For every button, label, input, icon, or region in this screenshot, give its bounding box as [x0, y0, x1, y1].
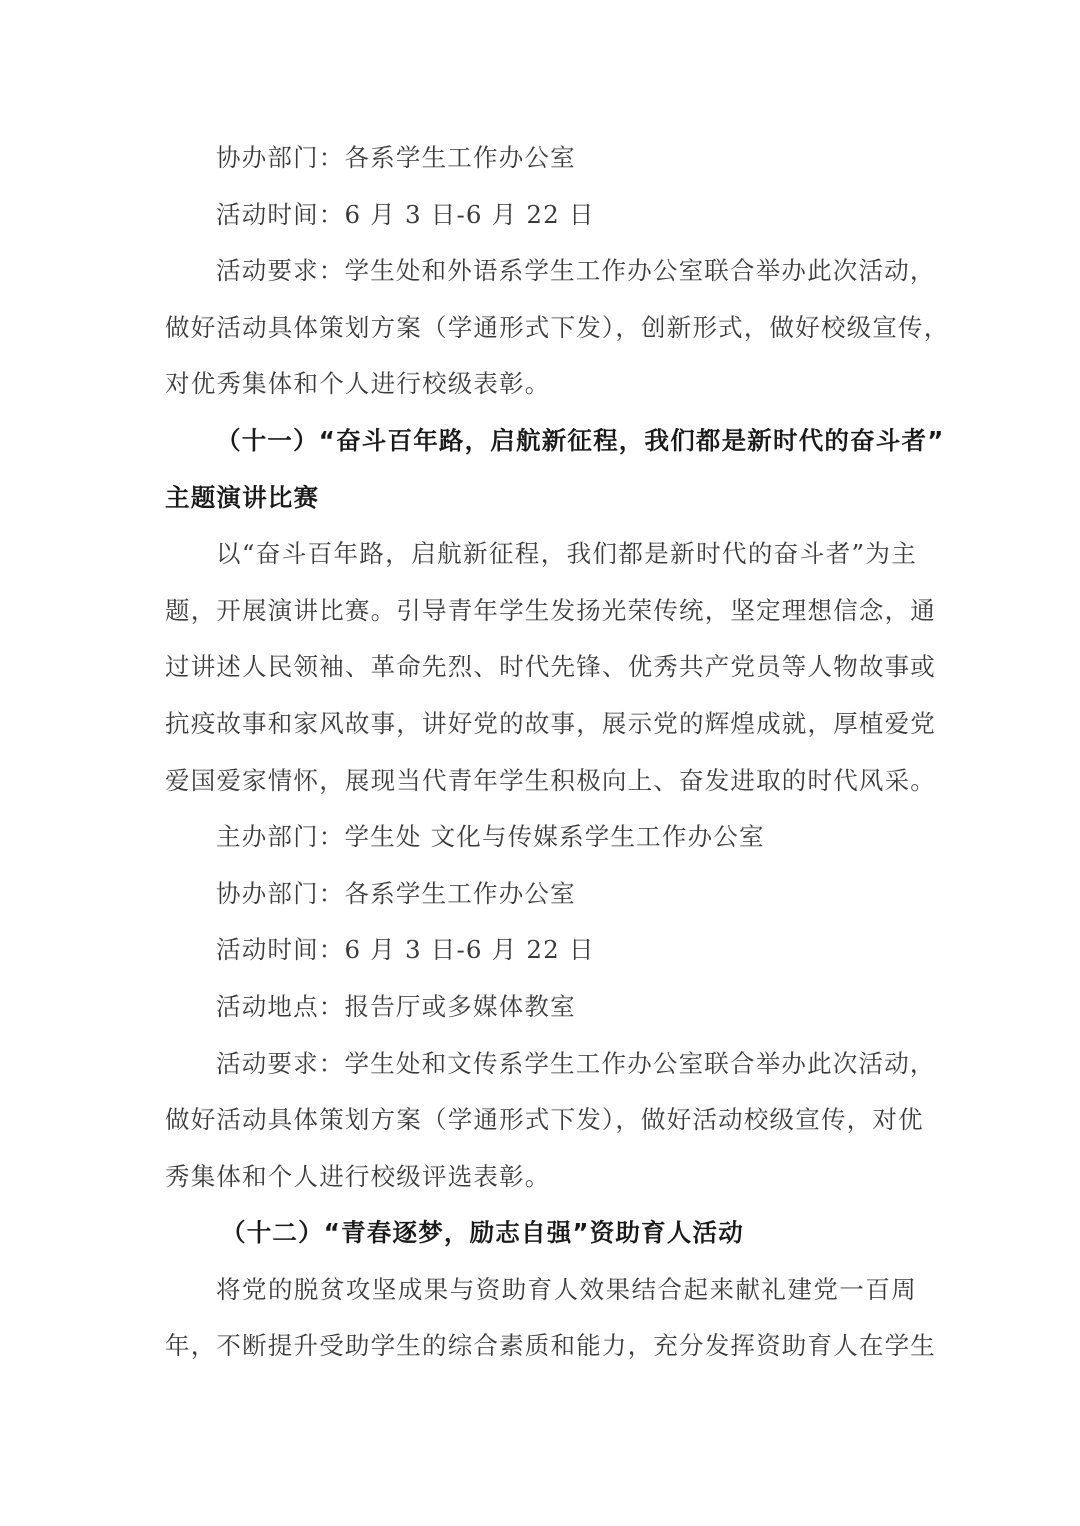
requirements-line: 做好活动具体策划方案（学通形式下发），做好活动校级宣传，对优	[165, 1092, 917, 1149]
co-organizer-line: 协办部门：各系学生工作办公室	[165, 130, 917, 187]
requirements-line: 活动要求：学生处和文传系学生工作办公室联合举办此次活动，	[165, 1036, 917, 1093]
co-organizer-line: 协办部门：各系学生工作办公室	[165, 866, 917, 923]
activity-location-line: 活动地点：报告厅或多媒体教室	[165, 979, 917, 1036]
requirements-line: 活动要求：学生处和外语系学生工作办公室联合举办此次活动，	[165, 243, 917, 300]
section-heading: （十二）“青春逐梦，励志自强”资助育人活动	[165, 1205, 917, 1262]
paragraph-line: 过讲述人民领袖、革命先烈、时代先锋、优秀共产党员等人物故事或	[165, 639, 917, 696]
paragraph-line: 以“奋斗百年路，启航新征程，我们都是新时代的奋斗者”为主	[165, 526, 917, 583]
requirements-line: 秀集体和个人进行校级评选表彰。	[165, 1149, 917, 1206]
paragraph-line: 题，开展演讲比赛。引导青年学生发扬光荣传统，坚定理想信念，通	[165, 583, 917, 640]
section-heading: 主题演讲比赛	[165, 470, 917, 527]
document-page: 协办部门：各系学生工作办公室 活动时间：6 月 3 日-6 月 22 日 活动要…	[0, 0, 1080, 1526]
activity-time-line: 活动时间：6 月 3 日-6 月 22 日	[165, 922, 917, 979]
requirements-line: 对优秀集体和个人进行校级表彰。	[165, 356, 917, 413]
paragraph-line: 将党的脱贫攻坚成果与资助育人效果结合起来献礼建党一百周	[165, 1262, 917, 1319]
section-heading: （十一）“奋斗百年路，启航新征程，我们都是新时代的奋斗者”	[165, 413, 917, 470]
document-body: 协办部门：各系学生工作办公室 活动时间：6 月 3 日-6 月 22 日 活动要…	[165, 130, 917, 1375]
paragraph-line: 抗疫故事和家风故事，讲好党的故事，展示党的辉煌成就，厚植爱党	[165, 696, 917, 753]
requirements-line: 做好活动具体策划方案（学通形式下发），创新形式，做好校级宣传，	[165, 300, 917, 357]
paragraph-line: 爱国爱家情怀，展现当代青年学生积极向上、奋发进取的时代风采。	[165, 753, 917, 810]
paragraph-line: 年，不断提升受助学生的综合素质和能力，充分发挥资助育人在学生	[165, 1318, 917, 1375]
activity-time-line: 活动时间：6 月 3 日-6 月 22 日	[165, 187, 917, 244]
organizer-line: 主办部门：学生处 文化与传媒系学生工作办公室	[165, 809, 917, 866]
